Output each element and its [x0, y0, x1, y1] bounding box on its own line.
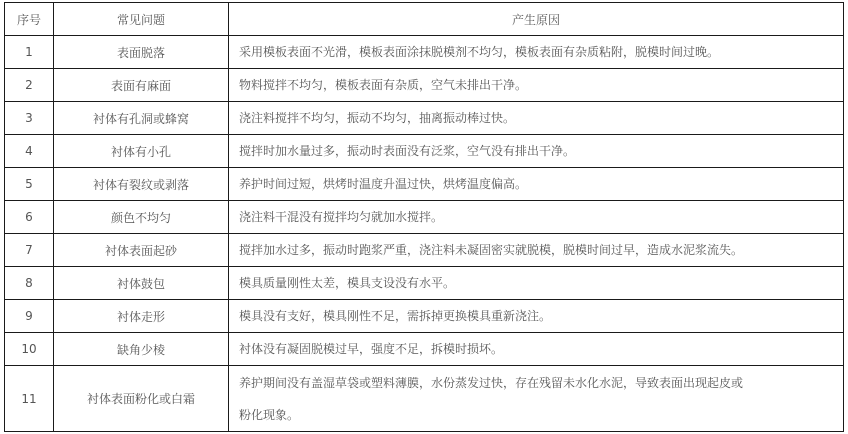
table-row: 6 颜色不均匀 浇注料干混没有搅拌均匀就加水搅拌。: [5, 201, 844, 234]
table-row: 2 表面有麻面 物料搅拌不均匀，模板表面有杂质，空气未排出干净。: [5, 69, 844, 102]
row-number: 10: [5, 333, 54, 366]
row-cause: 模具没有支好，模具刚性不足，需拆掉更换模具重新浇注。: [229, 300, 844, 333]
row-cause: 搅拌时加水量过多，振动时表面没有泛浆，空气没有排出干净。: [229, 135, 844, 168]
row-number: 7: [5, 234, 54, 267]
table-container: 序号 常见问题 产生原因 1 表面脱落 采用模板表面不光滑，模板表面涂抹脱模剂不…: [4, 2, 844, 432]
table-row: 9 衬体走形 模具没有支好，模具刚性不足，需拆掉更换模具重新浇注。: [5, 300, 844, 333]
row-problem: 衬体走形: [54, 300, 229, 333]
row-problem: 衬体有裂纹或剥落: [54, 168, 229, 201]
row-cause: 养护时间过短，烘烤时温度升温过快，烘烤温度偏高。: [229, 168, 844, 201]
row-number: 2: [5, 69, 54, 102]
defects-table: 序号 常见问题 产生原因 1 表面脱落 采用模板表面不光滑，模板表面涂抹脱模剂不…: [4, 2, 844, 432]
header-cause: 产生原因: [229, 3, 844, 36]
table-row: 1 表面脱落 采用模板表面不光滑，模板表面涂抹脱模剂不均匀，模板表面有杂质粘附，…: [5, 36, 844, 69]
row-number: 8: [5, 267, 54, 300]
row-problem: 衬体表面起砂: [54, 234, 229, 267]
row-cause: 采用模板表面不光滑，模板表面涂抹脱模剂不均匀，模板表面有杂质粘附，脱模时间过晚。: [229, 36, 844, 69]
row-cause: 养护期间没有盖湿草袋或塑料薄膜，水份蒸发过快，存在残留未水化水泥，导致表面出现起…: [229, 366, 844, 432]
row-number: 6: [5, 201, 54, 234]
row-cause: 物料搅拌不均匀，模板表面有杂质，空气未排出干净。: [229, 69, 844, 102]
row-number: 3: [5, 102, 54, 135]
row-cause: 浇注料干混没有搅拌均匀就加水搅拌。: [229, 201, 844, 234]
table-row: 10 缺角少棱 衬体没有凝固脱模过早，强度不足，拆模时损坏。: [5, 333, 844, 366]
row-problem: 颜色不均匀: [54, 201, 229, 234]
table-row: 8 衬体鼓包 模具质量刚性太差，模具支设没有水平。: [5, 267, 844, 300]
row-number: 9: [5, 300, 54, 333]
row-problem: 衬体鼓包: [54, 267, 229, 300]
row-problem: 缺角少棱: [54, 333, 229, 366]
row-number: 5: [5, 168, 54, 201]
row-problem: 表面脱落: [54, 36, 229, 69]
row-cause: 搅拌加水过多，振动时跑浆严重，浇注料未凝固密实就脱模，脱模时间过早，造成水泥浆流…: [229, 234, 844, 267]
header-problem: 常见问题: [54, 3, 229, 36]
table-row: 4 衬体有小孔 搅拌时加水量过多，振动时表面没有泛浆，空气没有排出干净。: [5, 135, 844, 168]
row-problem: 衬体有小孔: [54, 135, 229, 168]
row-problem: 表面有麻面: [54, 69, 229, 102]
row-problem: 衬体有孔洞或蜂窝: [54, 102, 229, 135]
row-cause: 模具质量刚性太差，模具支设没有水平。: [229, 267, 844, 300]
header-number: 序号: [5, 3, 54, 36]
table-row: 3 衬体有孔洞或蜂窝 浇注料搅拌不均匀，振动不均匀，抽离振动棒过快。: [5, 102, 844, 135]
row-problem: 衬体表面粉化或白霜: [54, 366, 229, 432]
row-number: 4: [5, 135, 54, 168]
row-cause: 衬体没有凝固脱模过早，强度不足，拆模时损坏。: [229, 333, 844, 366]
table-row: 7 衬体表面起砂 搅拌加水过多，振动时跑浆严重，浇注料未凝固密实就脱模，脱模时间…: [5, 234, 844, 267]
table-row: 5 衬体有裂纹或剥落 养护时间过短，烘烤时温度升温过快，烘烤温度偏高。: [5, 168, 844, 201]
row-number: 11: [5, 366, 54, 432]
table-header-row: 序号 常见问题 产生原因: [5, 3, 844, 36]
table-row: 11 衬体表面粉化或白霜 养护期间没有盖湿草袋或塑料薄膜，水份蒸发过快，存在残留…: [5, 366, 844, 432]
row-cause: 浇注料搅拌不均匀，振动不均匀，抽离振动棒过快。: [229, 102, 844, 135]
row-number: 1: [5, 36, 54, 69]
